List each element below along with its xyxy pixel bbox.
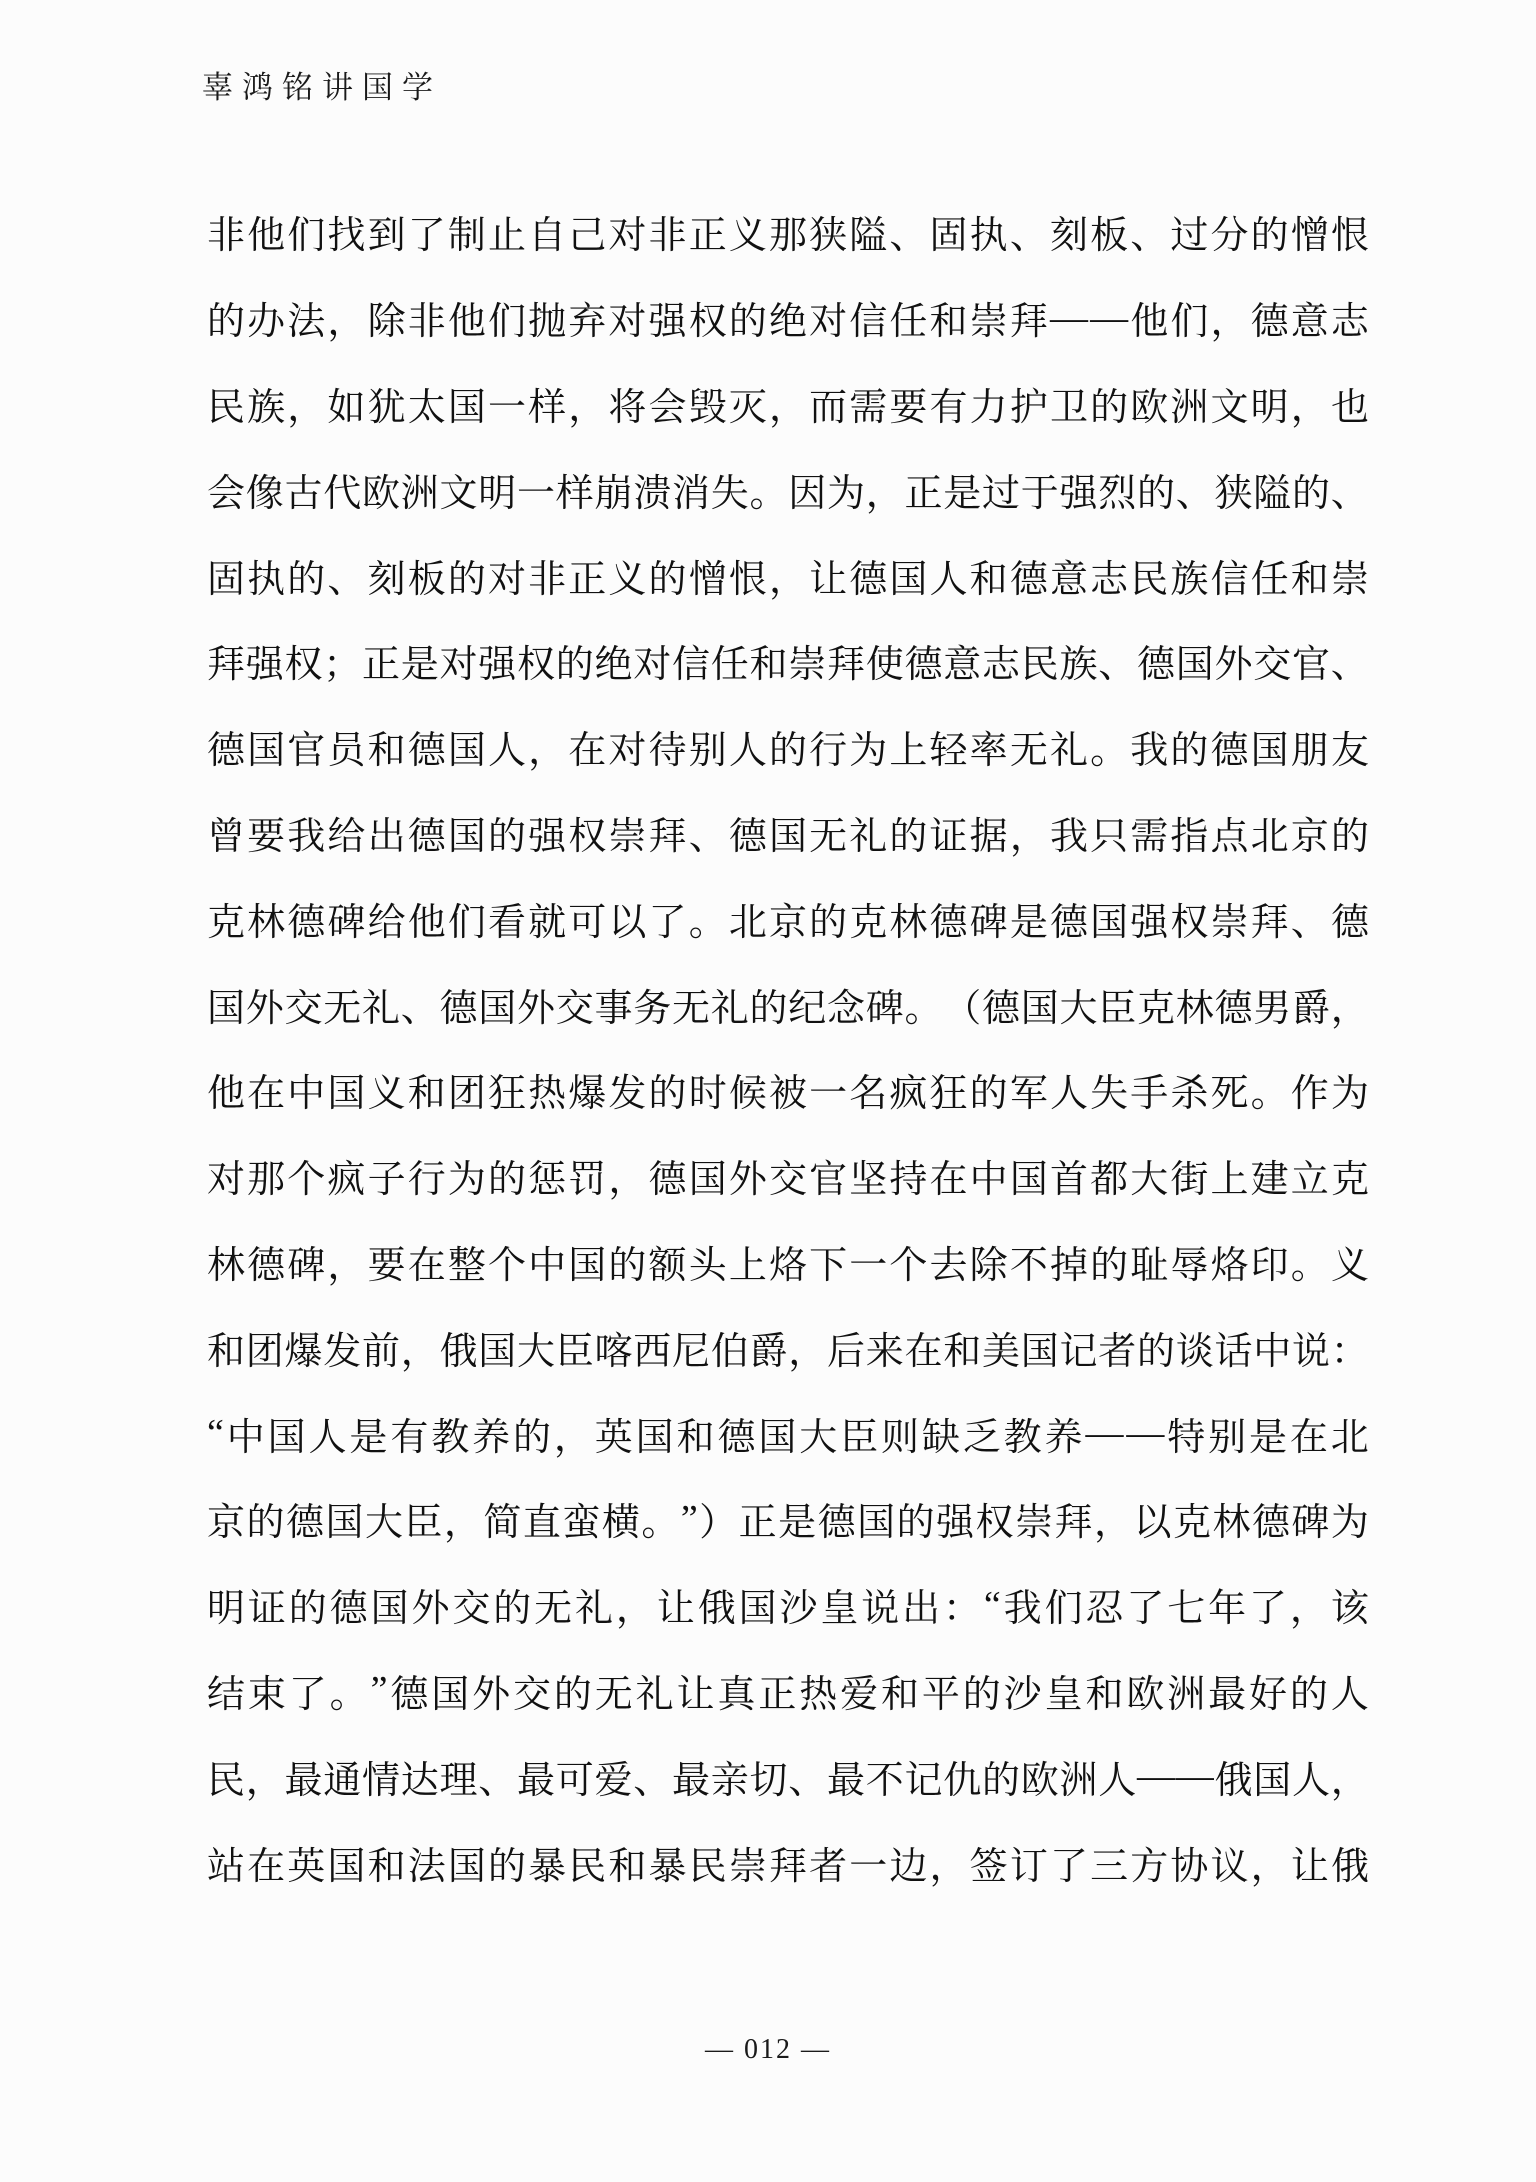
body-text-line: 非他们找到了制止自己对非正义那狭隘、固执、刻板、过分的憎恨 (207, 189, 1369, 275)
body-text-line: 京的德国大臣，简直蛮横。”）正是德国的强权崇拜，以克林德碑为 (207, 1476, 1369, 1562)
body-text-block: 非他们找到了制止自己对非正义那狭隘、固执、刻板、过分的憎恨 的办法，除非他们抛弃… (207, 189, 1369, 1905)
body-text-line: 林德碑，要在整个中国的额头上烙下一个去除不掉的耻辱烙印。义 (207, 1219, 1369, 1305)
body-text-line: 国外交无礼、德国外交事务无礼的纪念碑。（德国大臣克林德男爵， (207, 961, 1369, 1047)
body-text-line: 民，最通情达理、最可爱、最亲切、最不记仇的欧洲人——俄国人， (207, 1733, 1369, 1819)
running-head: 辜鸿铭讲国学 (202, 72, 442, 103)
body-text-line: 固执的、刻板的对非正义的憎恨，让德国人和德意志民族信任和崇 (207, 532, 1369, 618)
body-text-line: 的办法，除非他们抛弃对强权的绝对信任和崇拜——他们，德意志 (207, 275, 1369, 361)
body-text-line: 克林德碑给他们看就可以了。北京的克林德碑是德国强权崇拜、德 (207, 875, 1369, 961)
body-text-line: 和团爆发前，俄国大臣喀西尼伯爵，后来在和美国记者的谈话中说： (207, 1304, 1369, 1390)
body-text-line: 民族，如犹太国一样，将会毁灭，而需要有力护卫的欧洲文明，也 (207, 361, 1369, 447)
body-text-line: 结束了。”德国外交的无礼让真正热爱和平的沙皇和欧洲最好的人 (207, 1648, 1369, 1734)
body-text-line: 站在英国和法国的暴民和暴民崇拜者一边，签订了三方协议，让俄 (207, 1819, 1369, 1905)
body-text-line: 他在中国义和团狂热爆发的时候被一名疯狂的军人失手杀死。作为 (207, 1047, 1369, 1133)
page-number: — 012 — (0, 2036, 1536, 2064)
body-text-line: 明证的德国外交的无礼，让俄国沙皇说出：“我们忍了七年了，该 (207, 1562, 1369, 1648)
body-text-line: 对那个疯子行为的惩罚，德国外交官坚持在中国首都大街上建立克 (207, 1133, 1369, 1219)
body-text-line: 拜强权；正是对强权的绝对信任和崇拜使德意志民族、德国外交官、 (207, 618, 1369, 704)
body-text-line: “中国人是有教养的，英国和德国大臣则缺乏教养——特别是在北 (207, 1390, 1369, 1476)
body-text-line: 会像古代欧洲文明一样崩溃消失。因为，正是过于强烈的、狭隘的、 (207, 446, 1369, 532)
book-page: 辜鸿铭讲国学 非他们找到了制止自己对非正义那狭隘、固执、刻板、过分的憎恨 的办法… (0, 0, 1536, 2182)
body-text-line: 曾要我给出德国的强权崇拜、德国无礼的证据，我只需指点北京的 (207, 790, 1369, 876)
body-text-line: 德国官员和德国人，在对待别人的行为上轻率无礼。我的德国朋友 (207, 704, 1369, 790)
